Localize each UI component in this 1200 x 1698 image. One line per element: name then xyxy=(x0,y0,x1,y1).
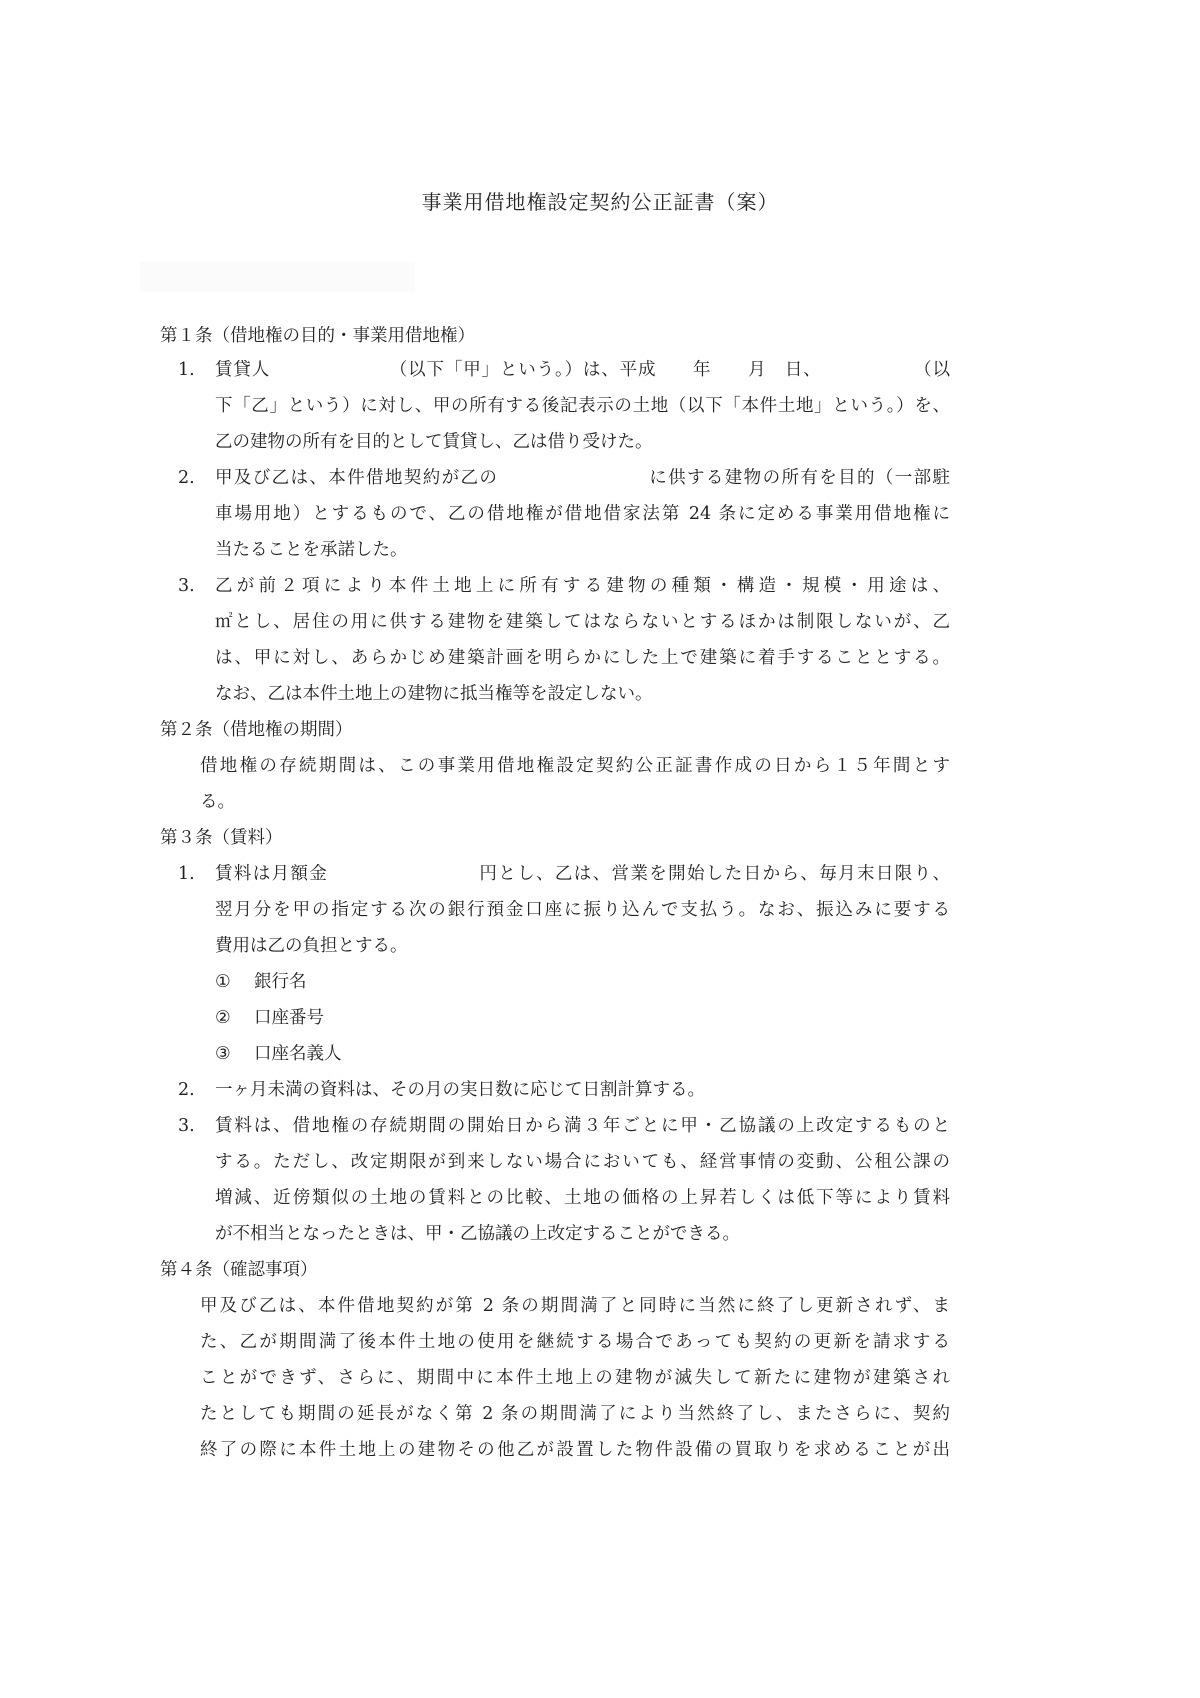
bank-name-label: 銀行名 xyxy=(254,970,307,994)
article-1-item-2-line-1: 甲及び乙は、本件借地契約が乙の に供する建物の所有を目的（一部駐 xyxy=(215,466,950,490)
article-3-item-3-line-1: 賃料は、借地権の存続期間の開始日から満３年ごとに甲・乙協議の上改定するものと xyxy=(215,1114,950,1138)
article-2-heading: 第２条（借地権の期間） xyxy=(160,718,353,742)
article-1-item-3-line-3: は、甲に対し、あらかじめ建築計画を明らかにした上で建築に着手することとする。 xyxy=(215,646,950,670)
account-holder-marker: ③ xyxy=(215,1042,231,1066)
article-1-item-3-line-2: ㎡とし、居住の用に供する建物を建築してはならないとするほかは制限しないが、乙 xyxy=(215,610,950,634)
account-holder-label: 口座名義人 xyxy=(254,1042,342,1066)
article-3-item-3-number: 3. xyxy=(178,1114,195,1138)
article-4-body-line-3: ことができず、さらに、期間中に本件土地上の建物が滅失して新たに建物が建築され xyxy=(200,1366,950,1390)
article-1-heading: 第１条（借地権の目的・事業用借地権） xyxy=(160,324,475,348)
article-1-item-3-line-4: なお、乙は本件土地上の建物に抵当権等を設定しない。 xyxy=(215,682,653,706)
article-1-item-1-line-1: 賃貸人 （以下「甲」という。）は、平成 年 月 日、 （以 xyxy=(215,358,950,382)
faint-blank-region xyxy=(140,262,415,292)
article-1-item-2-number: 2. xyxy=(178,466,195,490)
article-2-body-line-1: 借地権の存続期間は、この事業用借地権設定契約公正証書作成の日から１５年間とす xyxy=(200,754,950,778)
article-3-item-3-line-4: が不相当となったときは、甲・乙協議の上改定することができる。 xyxy=(215,1222,740,1246)
account-number-marker: ② xyxy=(215,1006,231,1030)
article-3-item-3-line-3: 増減、近傍類似の土地の賃料との比較、土地の価格の上昇若しくは低下等により賃料 xyxy=(215,1186,950,1210)
article-2-body-line-2: る。 xyxy=(200,790,235,814)
document-page: 事業用借地権設定契約公正証書（案） 第１条（借地権の目的・事業用借地権） 1. … xyxy=(0,0,1200,1698)
article-3-item-2-line-1: 一ヶ月未満の資料は、その月の実日数に応じて日割計算する。 xyxy=(215,1078,705,1102)
article-1-item-3-number: 3. xyxy=(178,574,195,598)
article-3-heading: 第３条（賃料） xyxy=(160,826,283,850)
article-1-item-1-line-3: 乙の建物の所有を目的として賃貸し、乙は借り受けた。 xyxy=(215,430,653,454)
article-3-item-1-line-3: 費用は乙の負担とする。 xyxy=(215,934,408,958)
article-3-item-3-line-2: する。ただし、改定期限が到来しない場合においても、経営事情の変動、公租公課の xyxy=(215,1150,950,1174)
article-3-item-1-line-1: 賃料は月額金 円とし、乙は、営業を開始した日から、毎月末日限り、 xyxy=(215,862,950,886)
article-1-item-1-line-2: 下「乙」という）に対し、甲の所有する後記表示の土地（以下「本件土地」という。）を… xyxy=(215,394,950,418)
document-title: 事業用借地権設定契約公正証書（案） xyxy=(0,186,1200,215)
article-4-body-line-2: た、乙が期間満了後本件土地の使用を継続する場合であっても契約の更新を請求する xyxy=(200,1330,950,1354)
article-1-item-2-line-2: 車場用地）とするもので、乙の借地権が借地借家法第 24 条に定める事業用借地権に xyxy=(215,502,950,526)
account-number-label: 口座番号 xyxy=(254,1006,324,1030)
article-3-item-2-number: 2. xyxy=(178,1078,195,1102)
article-3-item-1-line-2: 翌月分を甲の指定する次の銀行預金口座に振り込んで支払う。なお、振込みに要する xyxy=(215,898,950,922)
article-1-item-2-line-3: 当たることを承諾した。 xyxy=(215,538,408,562)
article-1-item-3-line-1: 乙が前２項により本件土地上に所有する建物の種類・構造・規模・用途は、 xyxy=(215,574,950,598)
article-3-item-1-number: 1. xyxy=(178,862,195,886)
bank-name-marker: ① xyxy=(215,970,231,994)
article-1-item-1-number: 1. xyxy=(178,358,195,382)
article-4-body-line-5: 終了の際に本件土地上の建物その他乙が設置した物件設備の買取りを求めることが出 xyxy=(200,1438,950,1462)
article-4-body-line-1: 甲及び乙は、本件借地契約が第 2 条の期間満了と同時に当然に終了し更新されず、ま xyxy=(200,1294,950,1318)
article-4-body-line-4: たとしても期間の延長がなく第 2 条の期間満了により当然終了し、またさらに、契約 xyxy=(200,1402,950,1426)
article-4-heading: 第４条（確認事項） xyxy=(160,1258,318,1282)
